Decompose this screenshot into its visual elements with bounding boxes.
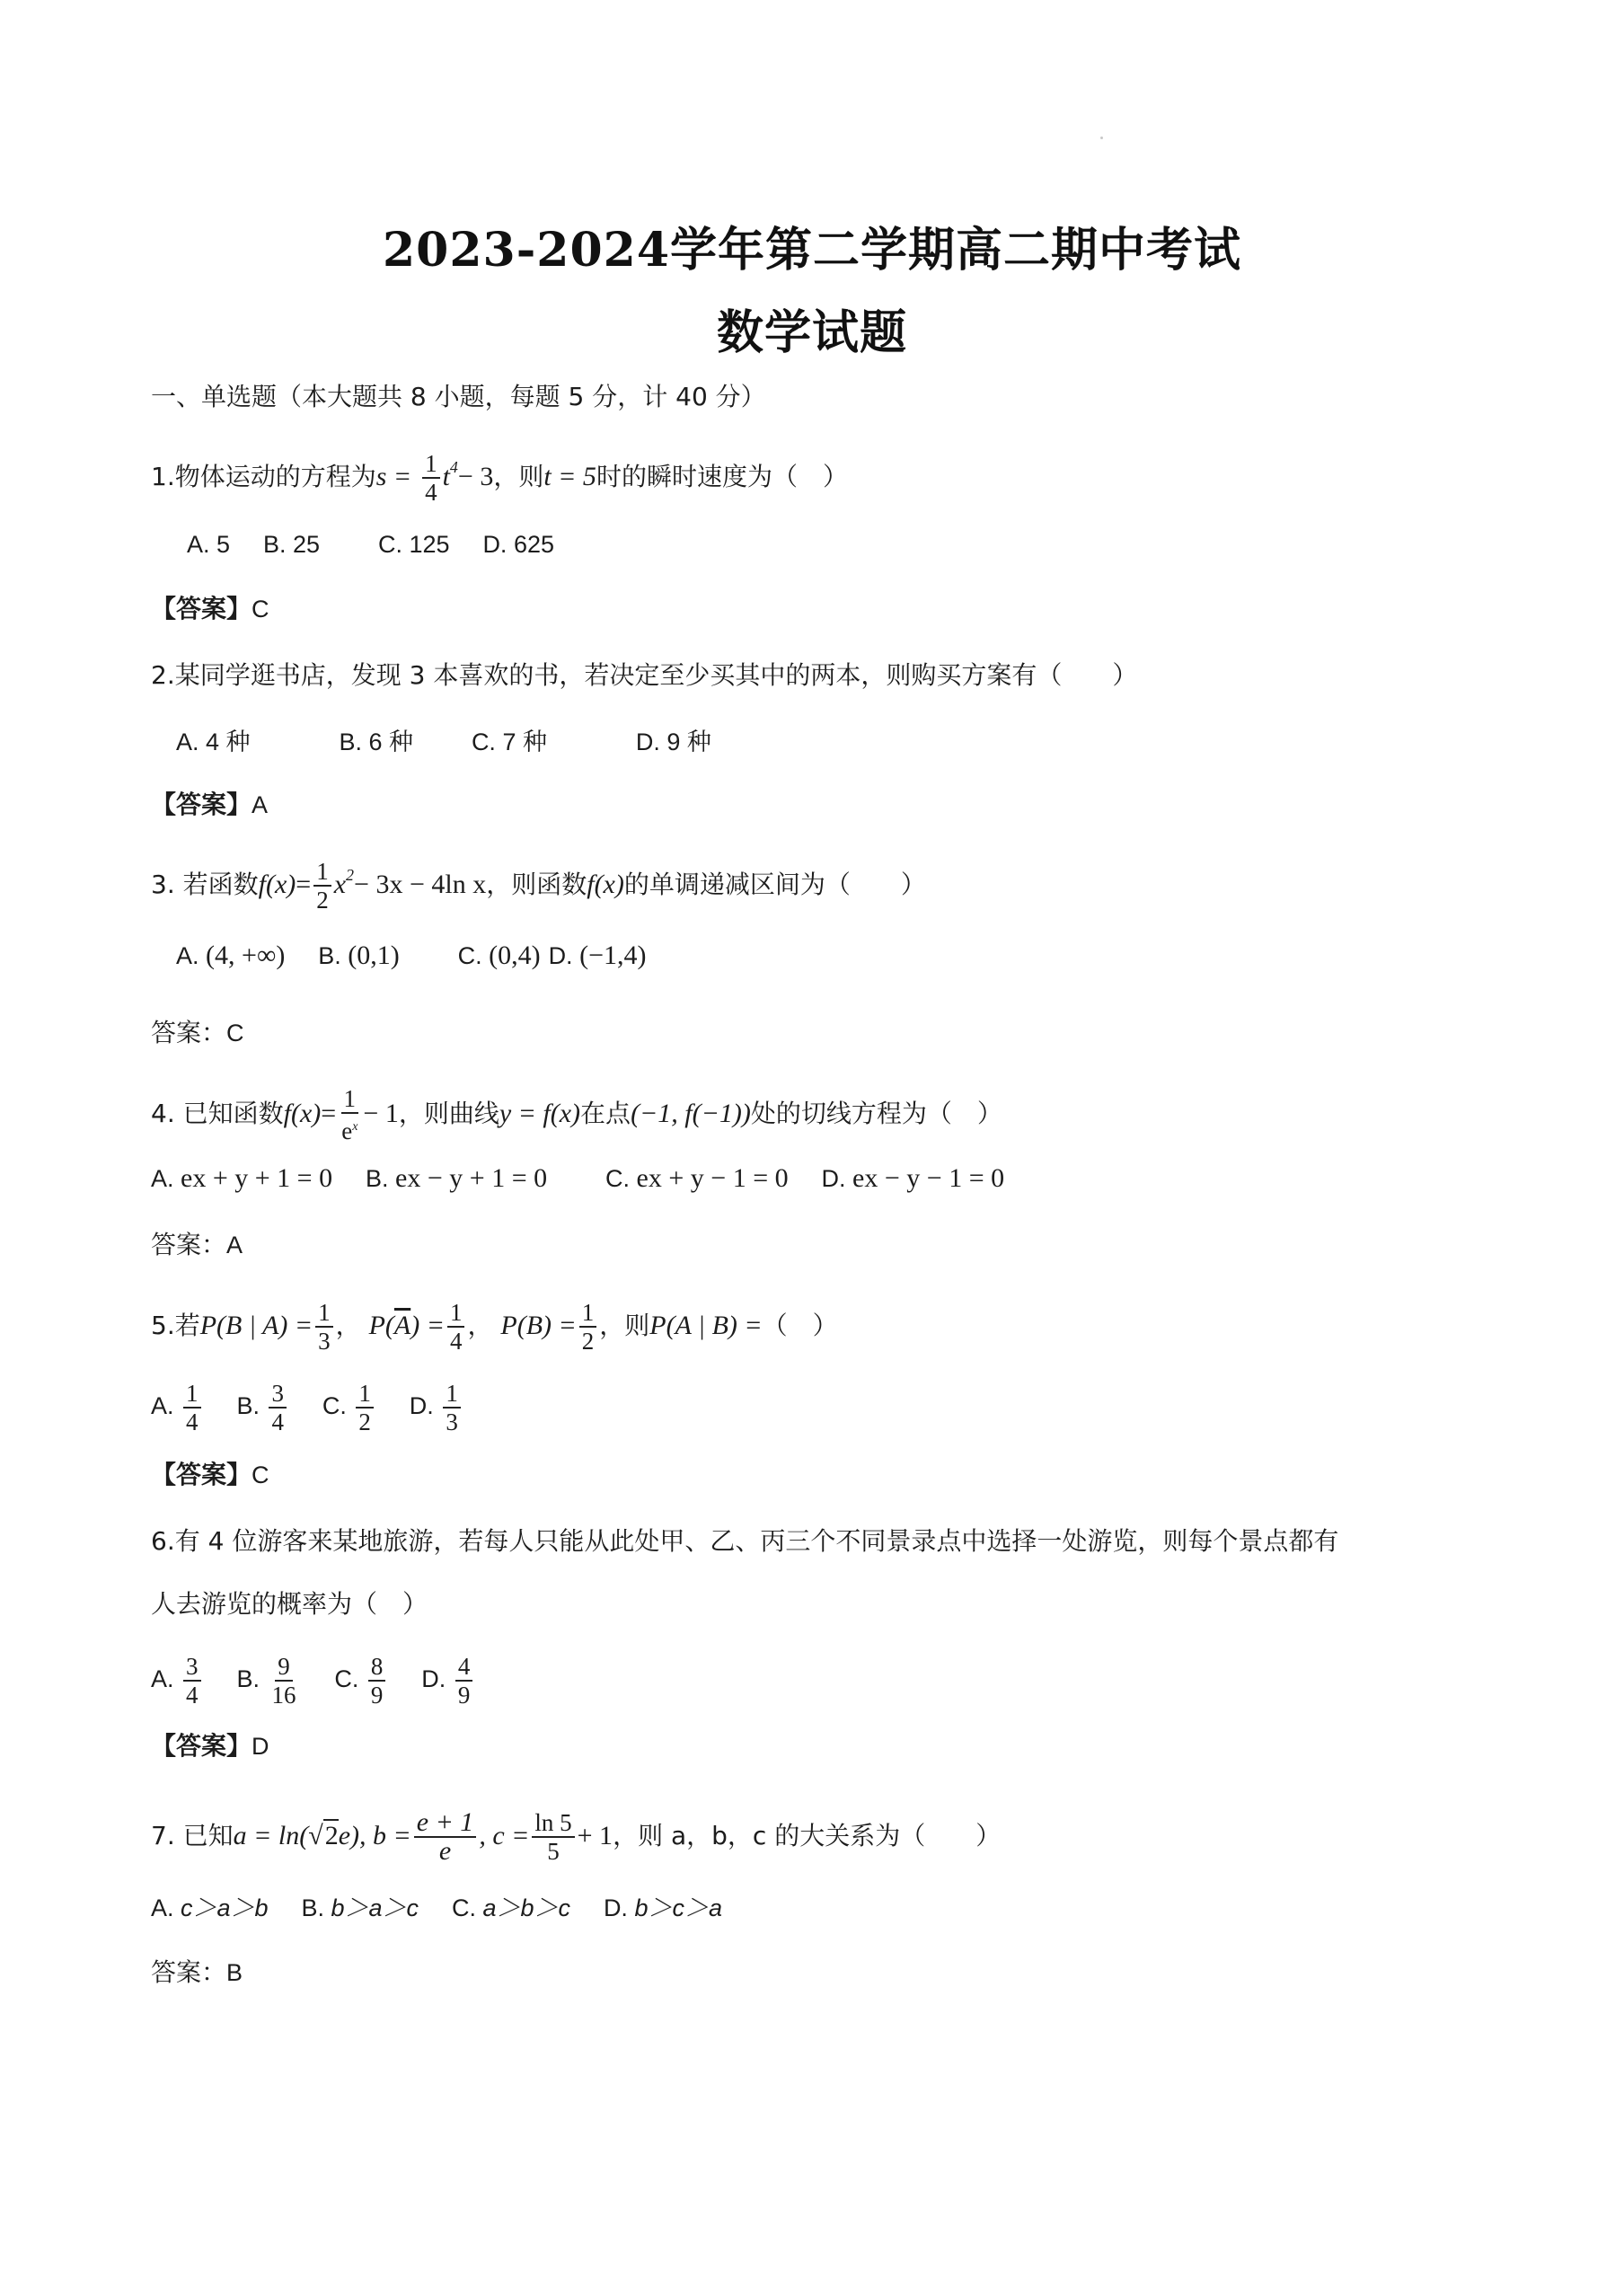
answer-value: C bbox=[226, 1015, 244, 1051]
exam-subtitle: 数学试题 bbox=[0, 295, 1624, 362]
option-a[interactable]: A. c＞a＞b bbox=[151, 1890, 269, 1926]
option-d[interactable]: D. 9 种 bbox=[636, 724, 711, 760]
answer-value: B bbox=[226, 1955, 243, 1991]
option-d[interactable]: D. 13 bbox=[410, 1380, 463, 1435]
question-5-options: A. 14 B. 34 C. 12 D. 13 bbox=[151, 1380, 463, 1435]
option-c[interactable]: C. 12 bbox=[322, 1380, 376, 1435]
answer-value: A bbox=[226, 1227, 243, 1263]
option-a[interactable]: A. 4 种 bbox=[176, 724, 251, 760]
option-c[interactable]: C. 7 种 bbox=[472, 724, 547, 760]
option-b[interactable]: B. 6 种 bbox=[339, 724, 413, 760]
option-a[interactable]: A. 14 bbox=[151, 1380, 204, 1435]
math-lhs: s = bbox=[376, 462, 411, 491]
option-d[interactable]: D. b＞c＞a bbox=[604, 1890, 722, 1926]
question-6-answer: 【答案】D bbox=[151, 1728, 269, 1764]
question-7-options: A. c＞a＞b B. b＞a＞c C. a＞b＞c D. b＞c＞a bbox=[151, 1890, 722, 1926]
option-b[interactable]: B. b＞a＞c bbox=[301, 1890, 419, 1926]
question-3-stem: 3. 若函数f(x)=12x2− 3x − 4ln x，则函数f(x)的单调递减… bbox=[151, 857, 926, 914]
question-2-answer: 【答案】A bbox=[151, 787, 268, 823]
question-6-stem-line1: 6.有 4 位游客来某地旅游，若每人只能从此处甲、乙、丙三个不同景录点中选择一处… bbox=[151, 1523, 1338, 1559]
option-c[interactable]: C. (0,4) bbox=[458, 938, 541, 974]
option-c[interactable]: C. 125 bbox=[378, 526, 450, 562]
fraction: 14 bbox=[422, 450, 440, 506]
question-1-answer: 【答案】C bbox=[151, 591, 269, 627]
question-1-stem: 1.物体运动的方程为s = 14t4− 3，则t = 5时的瞬时速度为（ ） bbox=[151, 449, 848, 506]
option-b[interactable]: B. ex − y + 1 = 0 bbox=[366, 1161, 547, 1197]
stem-text: 物体运动的方程为 bbox=[175, 462, 376, 491]
exam-page: 2023-2024学年第二学期高二期中考试 数学试题 一、单选题（本大题共 8 … bbox=[0, 0, 1624, 2296]
question-3-options: A. (4, +∞) B. (0,1) C. (0,4) D. (−1,4) bbox=[176, 938, 646, 974]
option-d[interactable]: D. 625 bbox=[482, 526, 554, 562]
option-c[interactable]: C. a＞b＞c bbox=[452, 1890, 570, 1926]
scan-speck bbox=[1100, 137, 1103, 139]
option-a[interactable]: A. (4, +∞) bbox=[176, 938, 285, 974]
option-a[interactable]: A. ex + y + 1 = 0 bbox=[151, 1161, 332, 1197]
question-2-options: A. 4 种 B. 6 种 C. 7 种 D. 9 种 bbox=[176, 724, 711, 760]
question-5-stem: 5.若P(B | A) =13， P(A) =14， P(B) =12，则P(A… bbox=[151, 1299, 838, 1355]
option-d[interactable]: D. (−1,4) bbox=[549, 938, 647, 974]
answer-value: D bbox=[252, 1728, 269, 1764]
option-b[interactable]: B. (0,1) bbox=[318, 938, 400, 974]
section-heading: 一、单选题（本大题共 8 小题，每题 5 分，计 40 分） bbox=[151, 379, 766, 415]
question-6-options: A. 34 B. 916 C. 89 D. 49 bbox=[151, 1653, 475, 1709]
option-b[interactable]: B. 34 bbox=[236, 1380, 289, 1435]
fraction: 1ex bbox=[339, 1085, 360, 1144]
question-3-answer: 答案：C bbox=[151, 1015, 244, 1051]
exam-title: 2023-2024学年第二学期高二期中考试 bbox=[0, 212, 1624, 279]
question-4-answer: 答案：A bbox=[151, 1227, 243, 1263]
option-d[interactable]: D. 49 bbox=[421, 1653, 475, 1709]
question-5-answer: 【答案】C bbox=[151, 1457, 269, 1493]
option-c[interactable]: C. 89 bbox=[334, 1653, 388, 1709]
answer-value: C bbox=[252, 1457, 269, 1493]
question-1-options: A. 5 B. 25 C. 125 D. 625 bbox=[187, 526, 554, 562]
question-4-options: A. ex + y + 1 = 0 B. ex − y + 1 = 0 C. e… bbox=[151, 1161, 1004, 1197]
question-7-answer: 答案：B bbox=[151, 1955, 243, 1991]
question-7-stem: 7. 已知a = ln(√2e), b =e + 1e, c =ln 55+ 1… bbox=[151, 1809, 1001, 1865]
question-6-stem-line2: 人去游览的概率为（ ） bbox=[151, 1586, 428, 1622]
answer-value: C bbox=[252, 591, 269, 627]
fraction: 12 bbox=[313, 858, 331, 914]
option-a[interactable]: A. 34 bbox=[151, 1653, 204, 1709]
option-b[interactable]: B. 25 bbox=[263, 526, 320, 562]
answer-value: A bbox=[252, 787, 268, 823]
option-b[interactable]: B. 916 bbox=[236, 1653, 301, 1709]
question-4-stem: 4. 已知函数f(x)=1ex− 1，则曲线y = f(x)在点(−1, f(−… bbox=[151, 1085, 1002, 1144]
option-c[interactable]: C. ex + y − 1 = 0 bbox=[605, 1161, 789, 1197]
option-a[interactable]: A. 5 bbox=[187, 526, 230, 562]
question-number: 1. bbox=[151, 462, 175, 491]
question-2-stem: 2.某同学逛书店，发现 3 本喜欢的书，若决定至少买其中的两本，则购买方案有（ … bbox=[151, 658, 1137, 693]
option-d[interactable]: D. ex − y − 1 = 0 bbox=[822, 1161, 1005, 1197]
